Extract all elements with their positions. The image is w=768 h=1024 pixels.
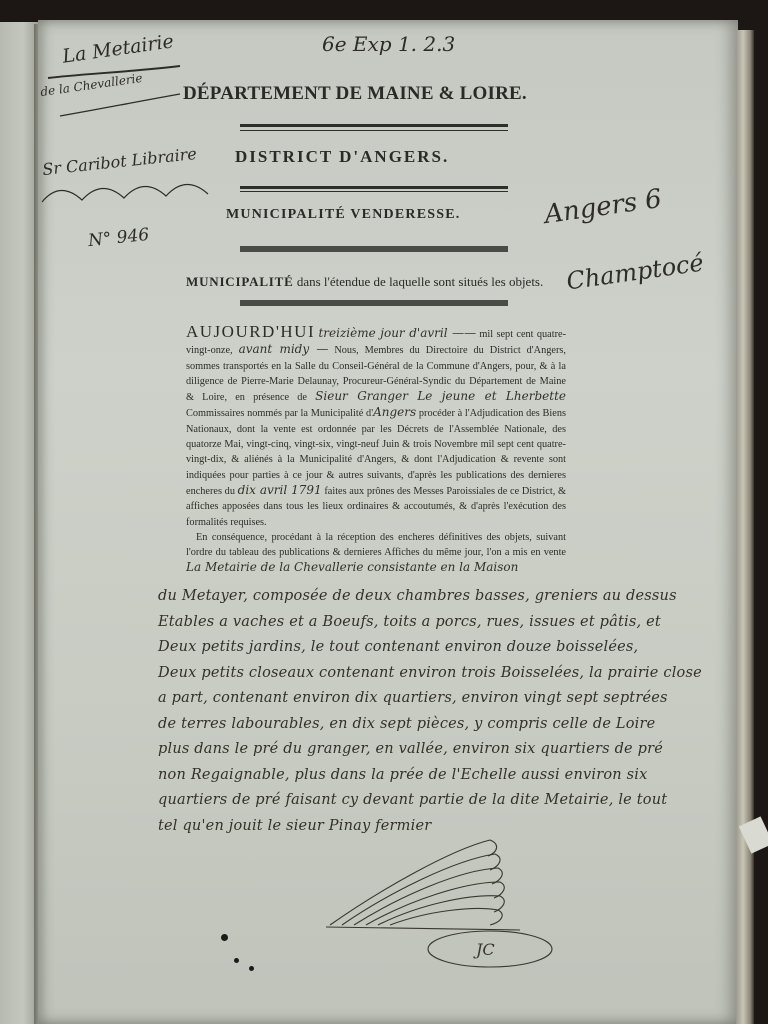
municipality-label-rest: dans l'étendue de laquelle sont situés l… [294,274,544,289]
municipality-location-title: MUNICIPALITÉ dans l'étendue de laquelle … [186,274,543,290]
left-facing-page [0,22,38,1024]
handwritten-line: quartiers de pré faisant cy devant parti… [158,792,718,818]
handwritten-line: plus dans le pré du granger, en vallée, … [158,741,718,767]
margin-note-exp: 6e Exp 1. 2.3 [322,32,455,56]
handwritten-time: avant midy — [239,342,329,356]
header-rule-2 [240,186,508,189]
handwritten-date: treizième jour d'avril —— [318,326,476,340]
drop-cap-word: AUJOURD'HUI [186,322,315,341]
municipality-label-bold: MUNICIPALITÉ [186,274,294,289]
initials-text: JC [473,940,495,959]
ink-blot [221,934,228,941]
handwritten-witnesses: Sieur Granger Le jeune et Lherbette [315,389,566,403]
handwritten-line: non Regaignable, plus dans la prée de l'… [158,767,718,793]
body-text-segment: En conséquence, procédant à la réception… [186,532,566,558]
handwritten-auction-date: dix avril 1791 [238,483,322,497]
handwritten-line: Deux petits jardins, le tout contenant e… [158,639,718,665]
signature-initials: JC [420,925,560,975]
district-title: DISTRICT D'ANGERS. [235,147,449,167]
margin-scallop-flourish [38,180,238,210]
ink-blot [249,966,254,971]
page-stack-edge [736,30,754,1024]
department-title: DÉPARTEMENT DE MAINE & LOIRE. [183,83,527,105]
document-body: AUJOURD'HUI treizième jour d'avril —— mi… [186,324,566,577]
header-rule-2b [240,191,508,192]
body-text-segment: Commissaires nommés par la Municipalité … [186,408,373,419]
handwritten-line: Deux petits closeaux contenant environ t… [158,665,718,691]
ink-blot [234,958,239,963]
margin-underline-flourish [40,50,200,130]
body-paragraph-1: AUJOURD'HUI treizième jour d'avril —— mi… [186,324,566,530]
handwritten-line: a part, contenant environ dix quartiers,… [158,690,718,716]
handwritten-municipality: Angers [373,405,416,419]
handwritten-line: du Metayer, composée de deux chambres ba… [158,588,718,614]
handwritten-description: du Metayer, composée de deux chambres ba… [158,588,718,843]
header-rule-1 [240,124,508,127]
header-rule-3 [240,246,508,252]
handwritten-line: de terres labourables, en dix sept pièce… [158,716,718,742]
header-rule-1b [240,130,508,131]
body-paragraph-2: En conséquence, procédant à la réception… [186,530,566,577]
handwritten-property-start: La Metairie de la Chevallerie consistant… [186,560,518,574]
handwritten-line: Etables a vaches et a Boeufs, toits a po… [158,614,718,640]
header-rule-4 [240,300,508,306]
municipality-seller-title: MUNICIPALITÉ VENDERESSE. [226,207,460,223]
